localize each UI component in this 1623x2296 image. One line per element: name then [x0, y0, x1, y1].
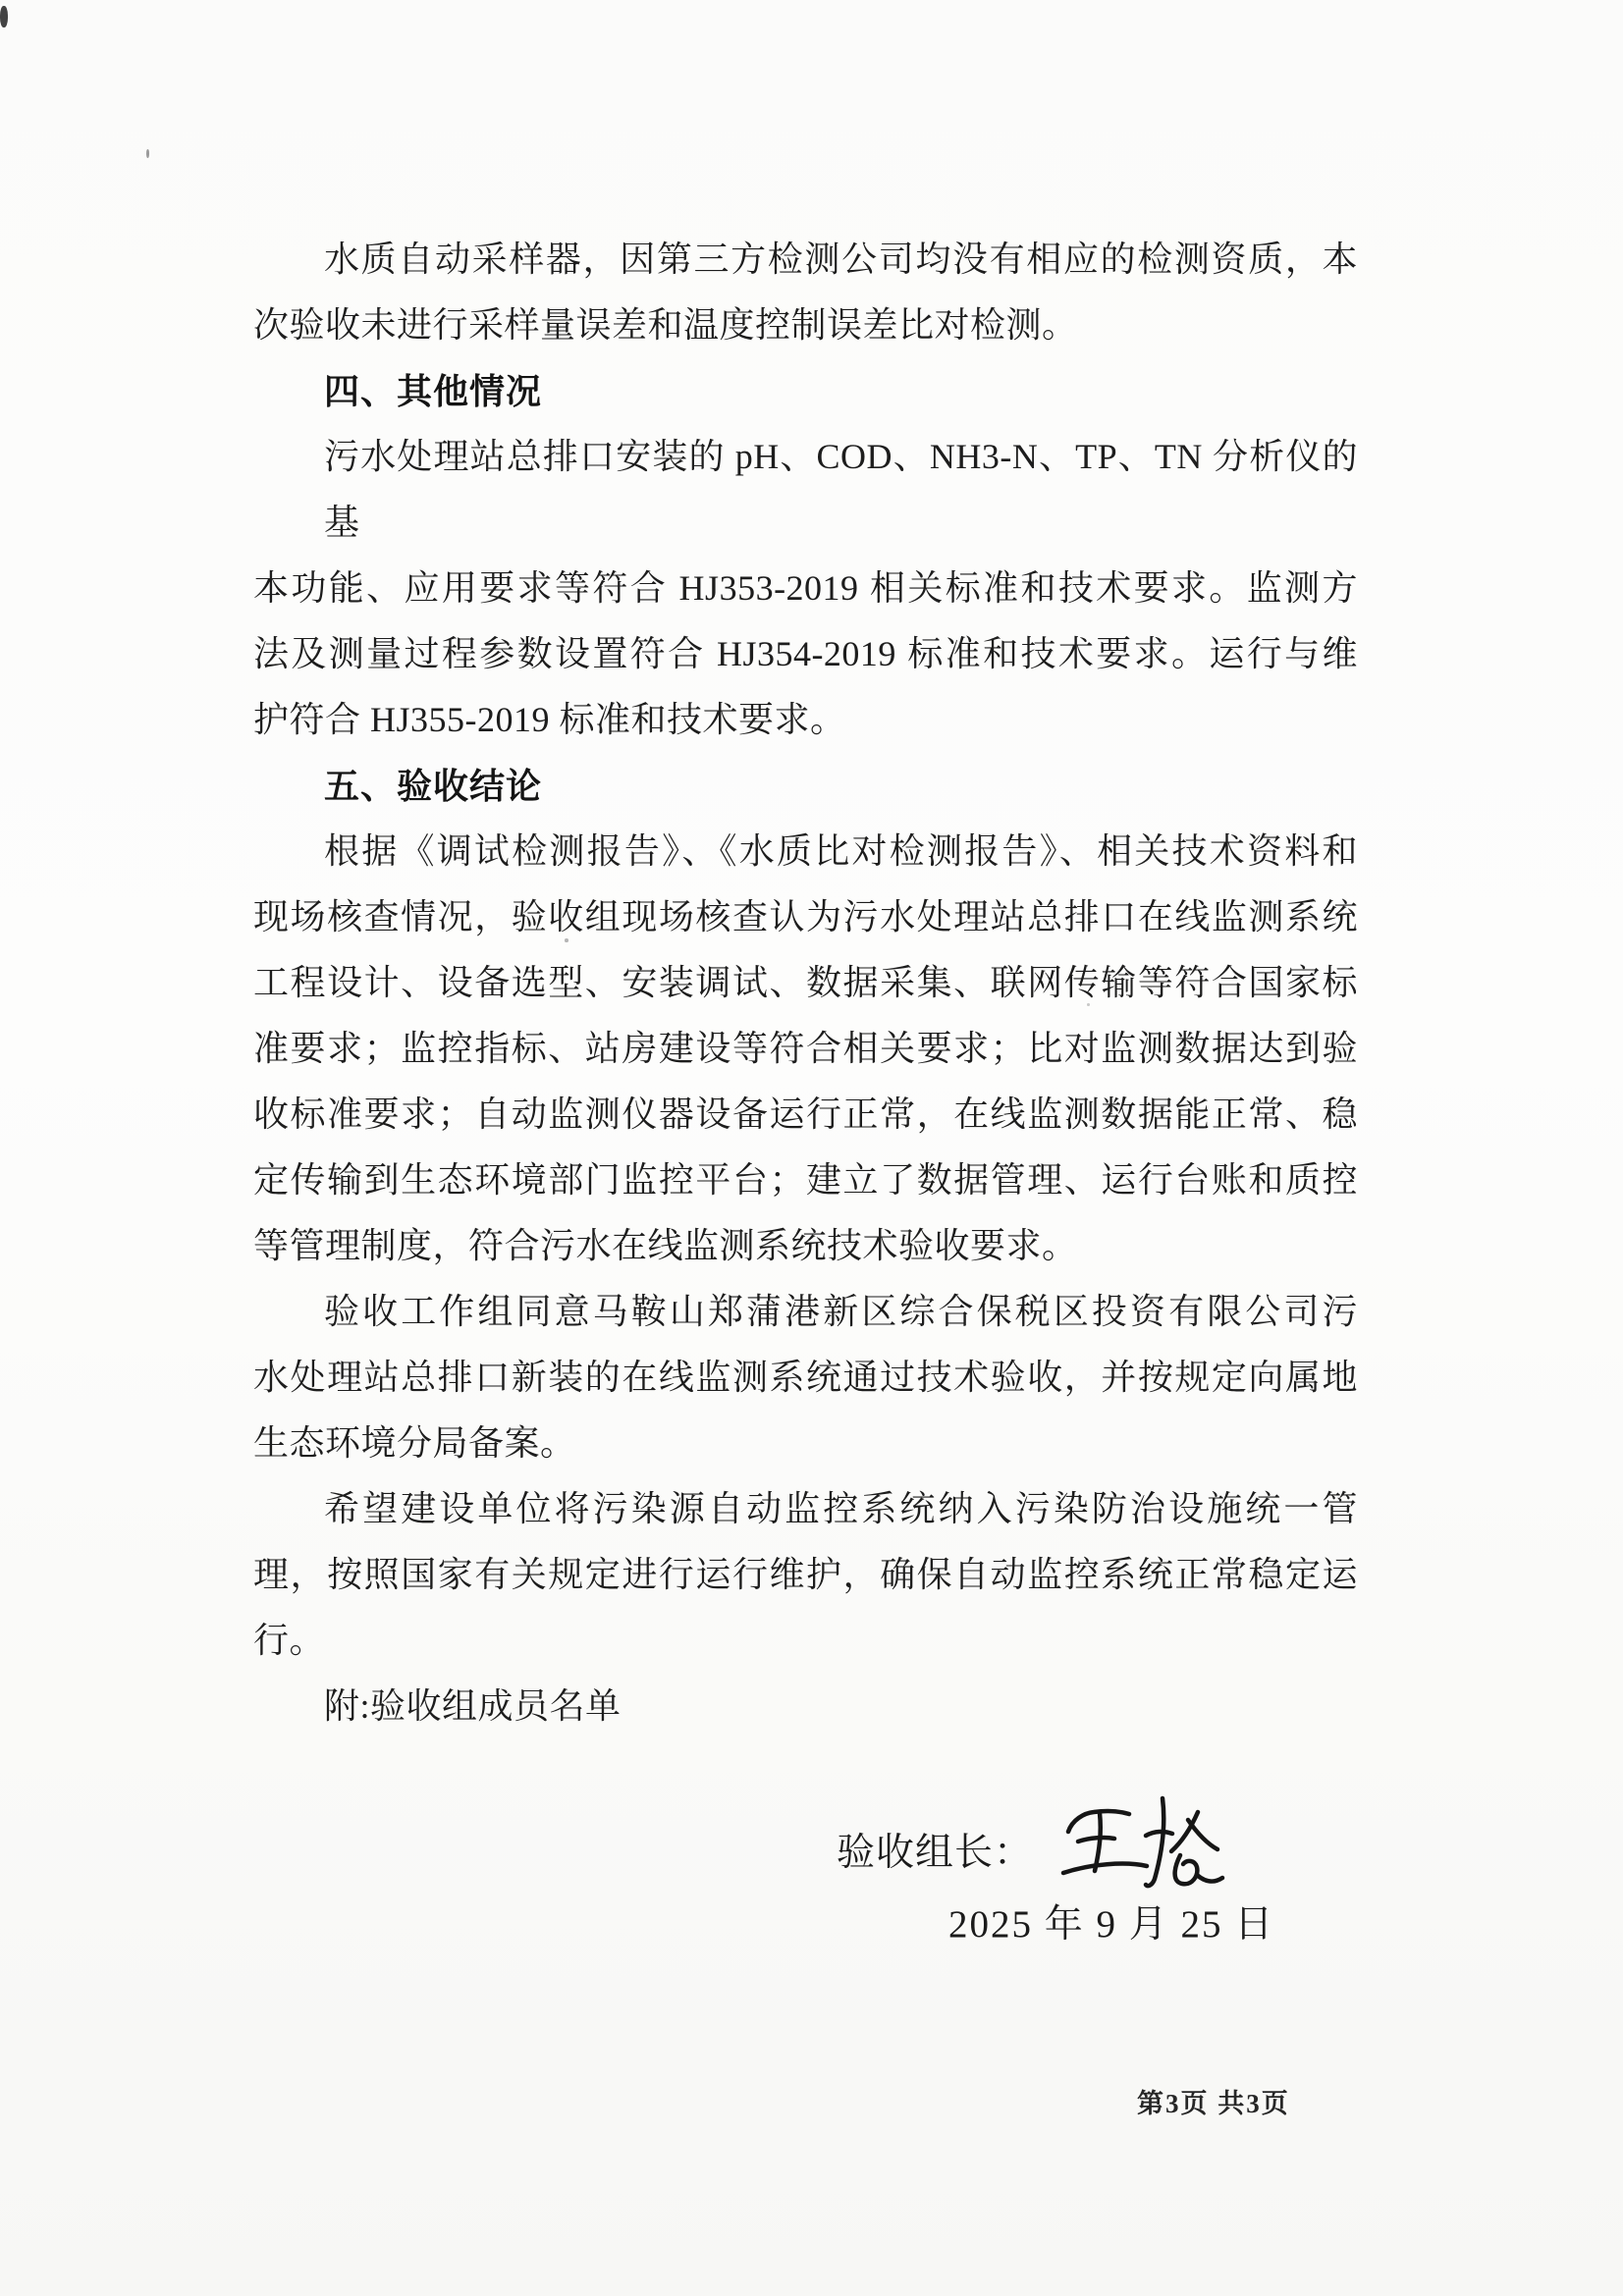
- scan-speck: [1087, 1003, 1090, 1006]
- text-line: 定传输到生态环境部门监控平台；建立了数据管理、运行台账和质控: [253, 1148, 1358, 1213]
- text-line: 生态环境分局备案。: [253, 1411, 1358, 1476]
- text-line: 水质自动采样器，因第三方检测公司均没有相应的检测资质，本: [253, 227, 1358, 293]
- text-line: 本功能、应用要求等符合 HJ353-2019 相关标准和技术要求。监测方: [253, 556, 1358, 621]
- text-line: 水处理站总排口新装的在线监测系统通过技术验收，并按规定向属地: [253, 1345, 1358, 1411]
- text-line: 收标准要求；自动监测仪器设备运行正常，在线监测数据能正常、稳: [253, 1082, 1358, 1148]
- text-line: 验收工作组同意马鞍山郑蒲港新区综合保税区投资有限公司污: [253, 1279, 1358, 1345]
- page-footer: 第3页 共3页: [1137, 2087, 1290, 2120]
- text-line: 工程设计、设备选型、安装调试、数据采集、联网传输等符合国家标: [253, 950, 1358, 1016]
- section-heading: 五、验收结论: [253, 753, 1358, 819]
- text-line: 理，按照国家有关规定进行运行维护，确保自动监控系统正常稳定运: [253, 1542, 1358, 1608]
- signature-label: 验收组长：: [837, 1832, 1033, 1875]
- text-line: 行。: [253, 1608, 1358, 1674]
- body-text: 水质自动采样器，因第三方检测公司均没有相应的检测资质，本次验收未进行采样量误差和…: [253, 227, 1358, 1739]
- text-line: 附:验收组成员名单: [253, 1674, 1358, 1739]
- text-line: 法及测量过程参数设置符合 HJ354-2019 标准和技术要求。运行与维: [253, 621, 1358, 687]
- handwritten-signature: [1049, 1789, 1235, 1904]
- text-line: 准要求；监控指标、站房建设等符合相关要求；比对监测数据达到验: [253, 1016, 1358, 1082]
- scan-speck: [146, 149, 149, 158]
- text-line: 护符合 HJ355-2019 标准和技术要求。: [253, 687, 1358, 753]
- signature-date: 2025 年 9 月 25 日: [948, 1902, 1274, 1948]
- text-line: 根据《调试检测报告》、《水质比对检测报告》、相关技术资料和: [253, 819, 1358, 884]
- text-line: 希望建设单位将污染源自动监控系统纳入污染防治设施统一管: [253, 1476, 1358, 1542]
- text-line: 等管理制度，符合污水在线监测系统技术验收要求。: [253, 1213, 1358, 1279]
- document-page: 水质自动采样器，因第三方检测公司均没有相应的检测资质，本次验收未进行采样量误差和…: [0, 0, 1623, 2296]
- scan-edge-mark: [0, 6, 8, 27]
- text-line: 污水处理站总排口安装的 pH、COD、NH3-N、TP、TN 分析仪的基: [253, 424, 1358, 556]
- section-heading: 四、其他情况: [253, 358, 1358, 424]
- text-line: 现场核查情况，验收组现场核查认为污水处理站总排口在线监测系统: [253, 884, 1358, 950]
- text-line: 次验收未进行采样量误差和温度控制误差比对检测。: [253, 293, 1358, 358]
- scan-speck: [565, 938, 568, 942]
